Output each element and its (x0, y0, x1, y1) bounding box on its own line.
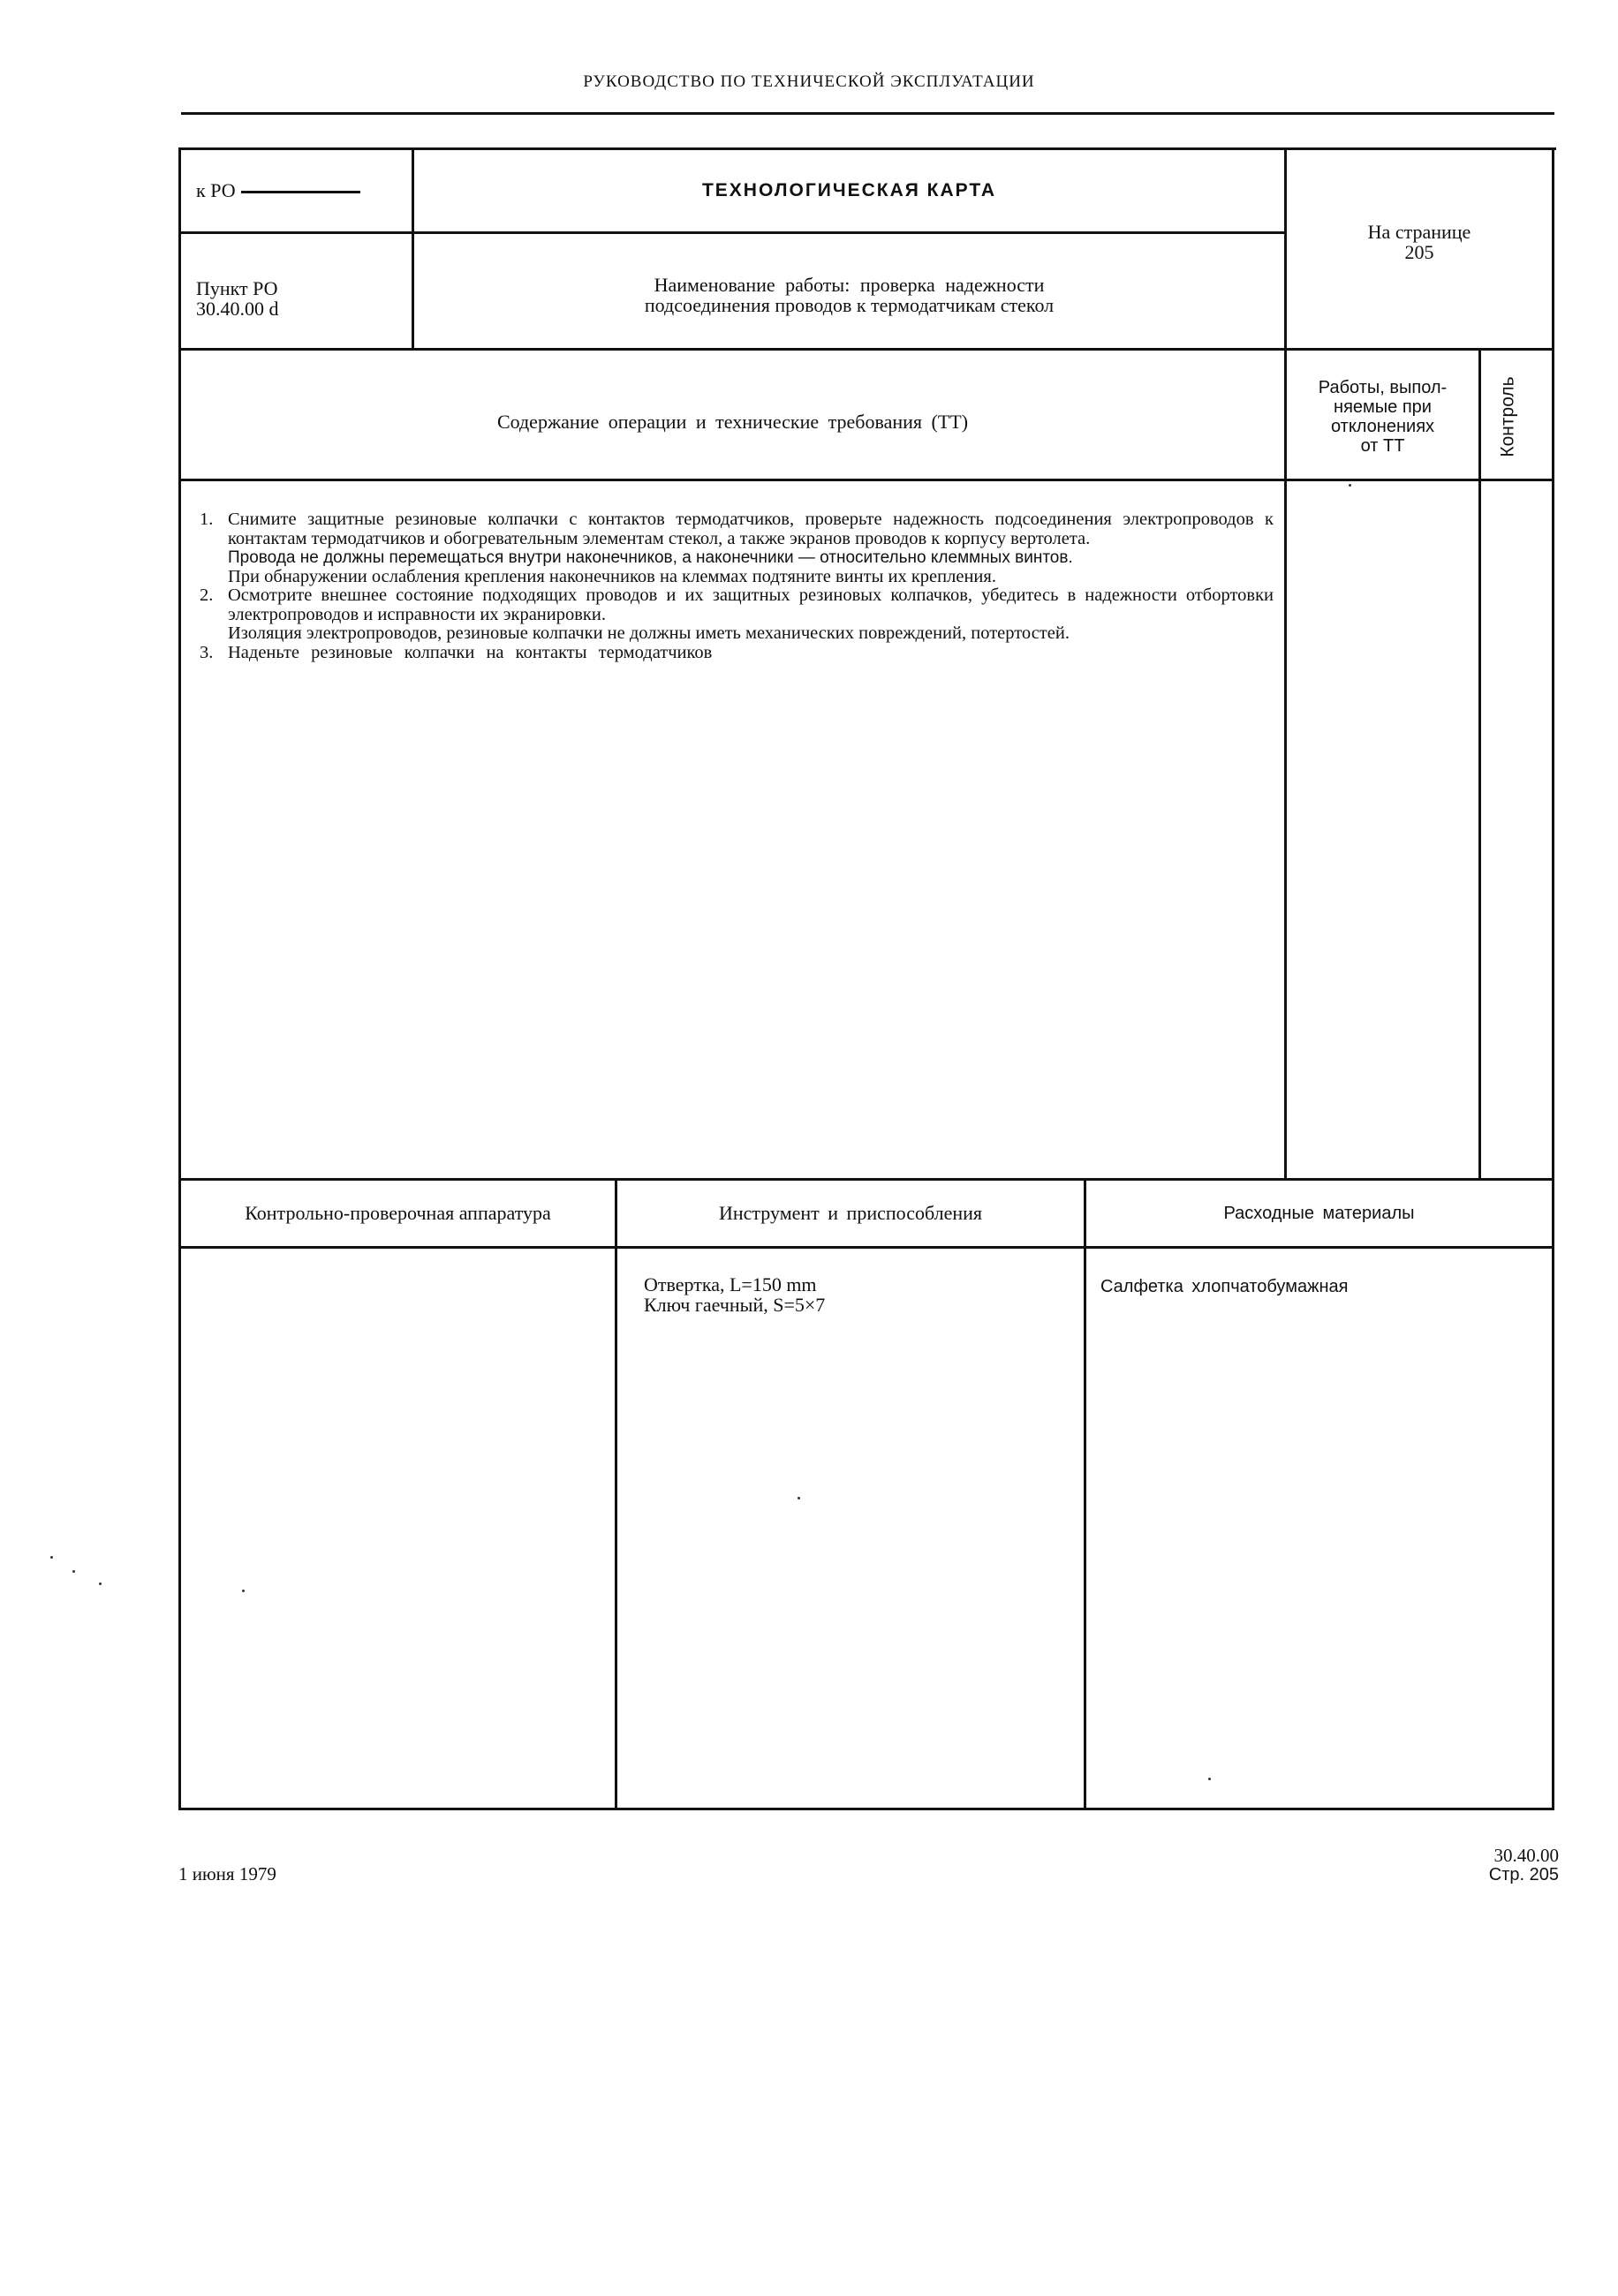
divider-h-header (178, 348, 1554, 351)
deviations-line: от ТТ (1287, 436, 1478, 456)
scan-speck (242, 1590, 245, 1592)
operation-paragraph: Изоляция электропроводов, резиновые колп… (228, 624, 1274, 644)
scan-speck (99, 1582, 102, 1585)
header-rule (181, 112, 1554, 115)
operation-item: 2. Осмотрите внешнее состояние подходящи… (196, 586, 1274, 644)
divider-h-title (178, 231, 1287, 234)
deviations-line: отклонениях (1287, 417, 1478, 436)
item-field: Пункт РО 30.40.00 d (196, 278, 279, 319)
divider-h-colheaders (178, 479, 1554, 481)
running-header: РУКОВОДСТВО ПО ТЕХНИЧЕСКОЙ ЭКСПЛУАТАЦИИ (0, 72, 1618, 92)
scan-speck (1349, 484, 1351, 487)
control-label: Контроль (1498, 376, 1519, 457)
header-equipment: Контрольно-проверочная аппаратура (181, 1203, 615, 1224)
scan-speck (50, 1556, 53, 1559)
footer-date: 1 июня 1979 (178, 1863, 276, 1885)
tool-item: Отвертка, L=150 mm (644, 1274, 825, 1295)
operation-item: 3. Наденьте резиновые колпачки на контак… (196, 644, 1274, 663)
divider-v-control (1478, 348, 1481, 1179)
footer-page-ref: 30.40.00 Стр. 205 (1404, 1846, 1559, 1884)
consumable-item: Салфетка хлопчатобумажная (1100, 1276, 1348, 1297)
deviations-line: няемые при (1287, 397, 1478, 417)
table-border-bottom (178, 1808, 1554, 1810)
item-number: 30.40.00 d (196, 298, 279, 319)
divider-h-resources (178, 1178, 1554, 1181)
operation-paragraph: Снимите защитные резиновые колпачки с ко… (228, 510, 1274, 548)
operations-list: 1. Снимите защитные резиновые колпачки с… (196, 510, 1274, 662)
operation-paragraph: При обнаружении ослабления крепления нак… (228, 568, 1274, 587)
operation-number: 1. (200, 510, 213, 530)
column-header-deviations: Работы, выпол- няемые при отклонениях от… (1287, 378, 1478, 456)
consumables-list: Салфетка хлопчатобумажная (1100, 1276, 1348, 1297)
footer-section: 30.40.00 (1404, 1846, 1559, 1865)
operation-item: 1. Снимите защитные резиновые колпачки с… (196, 510, 1274, 586)
work-name: Наименование работы: проверка надежности… (414, 275, 1284, 315)
deviations-line: Работы, выпол- (1287, 378, 1478, 397)
tools-list: Отвертка, L=150 mm Ключ гаечный, S=5×7 (644, 1274, 825, 1315)
scan-speck (72, 1570, 75, 1573)
operation-paragraph: Наденьте резиновые колпачки на контакты … (228, 644, 1274, 663)
table-border-left (178, 147, 181, 1810)
ref-label: к РО (196, 179, 236, 201)
ref-blank-line (241, 191, 360, 193)
page-number: 205 (1287, 242, 1552, 262)
table-border-right (1552, 147, 1554, 1810)
divider-h-resources-head (178, 1246, 1554, 1249)
scan-speck (1208, 1778, 1211, 1780)
page-label: На странице (1287, 222, 1552, 242)
table-border-top (178, 147, 1556, 150)
work-name-line1: Наименование работы: проверка надежности (414, 275, 1284, 295)
scan-speck (798, 1497, 800, 1499)
ref-field: к РО (196, 180, 360, 201)
divider-v-right (1284, 147, 1287, 1179)
footer-page: Стр. 205 (1404, 1865, 1559, 1884)
divider-v-left (412, 147, 414, 350)
operation-number: 2. (200, 586, 213, 606)
divider-v-res2 (1084, 1178, 1086, 1809)
card-title: ТЕХНОЛОГИЧЕСКАЯ КАРТА (414, 180, 1284, 201)
page-field: На странице 205 (1287, 222, 1552, 262)
header-consumables: Расходные материалы (1086, 1203, 1552, 1224)
operation-paragraph: Осмотрите внешнее состояние подходящих п… (228, 586, 1274, 624)
column-header-control: Контроль (1493, 360, 1524, 473)
tool-item: Ключ гаечный, S=5×7 (644, 1295, 825, 1315)
operation-paragraph: Провода не должны перемещаться внутри на… (228, 548, 1274, 568)
divider-v-res1 (615, 1178, 617, 1809)
item-label: Пункт РО (196, 278, 279, 298)
work-name-line2: подсоединения проводов к термодатчикам с… (414, 295, 1284, 315)
operation-number: 3. (200, 644, 213, 663)
header-tools: Инструмент и приспособления (617, 1203, 1084, 1224)
column-header-content: Содержание операции и технические требов… (181, 412, 1284, 433)
